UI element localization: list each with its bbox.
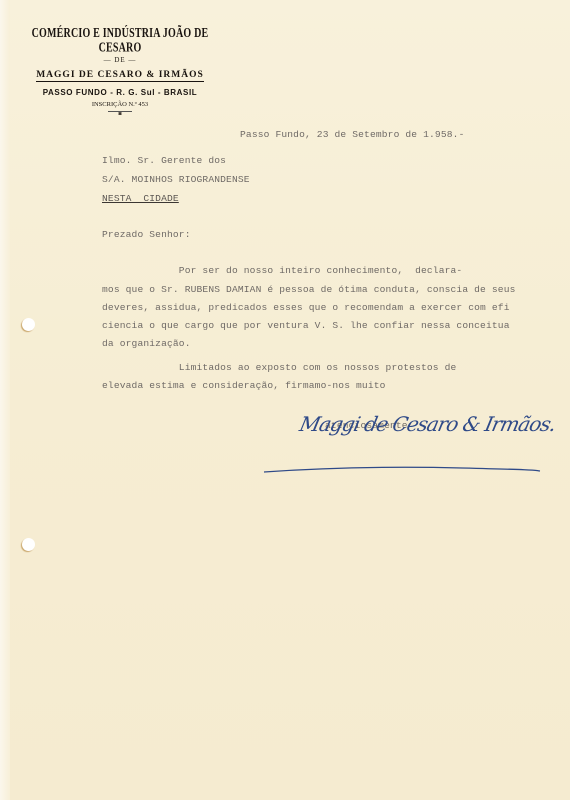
letterhead-company: MAGGI DE CESARO & IRMÃOS: [36, 70, 204, 82]
letterhead-emblem-icon: ◙: [108, 111, 132, 118]
body-line: ciencia o que cargo que por ventura V. S…: [102, 320, 510, 331]
recipient-line: NESTA CIDADE: [102, 193, 179, 204]
body-line: elevada estima e consideração, firmamo-n…: [102, 380, 386, 391]
date-line: Passo Fundo, 23 de Setembro de 1.958.-: [240, 129, 464, 140]
letterhead: COMÉRCIO E INDÚSTRIA JOÃO DE CESARO — DE…: [20, 24, 220, 118]
body-line: Limitados ao exposto com os nossos prote…: [102, 362, 456, 373]
recipient-line: S/A. MOINHOS RIOGRANDENSE: [102, 174, 250, 185]
body-line: deveres, assidua, predicados esses que o…: [102, 302, 510, 313]
recipient-line: Ilmo. Sr. Gerente dos: [102, 155, 226, 166]
letterhead-inscricao: INSCRIÇÃO N.º 453: [20, 101, 220, 108]
punch-hole: [22, 538, 35, 551]
body-line: Por ser do nosso inteiro conhecimento, d…: [102, 265, 462, 276]
handwritten-signature: Maggi de Cesaro & Irmãos.: [297, 412, 557, 436]
body-line: mos que o Sr. RUBENS DAMIAN é pessoa de …: [102, 284, 516, 295]
signature-flourish-icon: [262, 462, 542, 476]
letterhead-city: PASSO FUNDO - R. G. Sul - BRASIL: [20, 88, 220, 97]
letterhead-title: COMÉRCIO E INDÚSTRIA JOÃO DE CESARO: [20, 26, 220, 56]
letterhead-de: — DE —: [20, 56, 220, 64]
letter-page: COMÉRCIO E INDÚSTRIA JOÃO DE CESARO — DE…: [0, 0, 570, 800]
page-edge: [0, 0, 10, 800]
salutation: Prezado Senhor:: [102, 229, 191, 240]
punch-hole: [22, 318, 35, 331]
body-line: da organização.: [102, 338, 191, 349]
